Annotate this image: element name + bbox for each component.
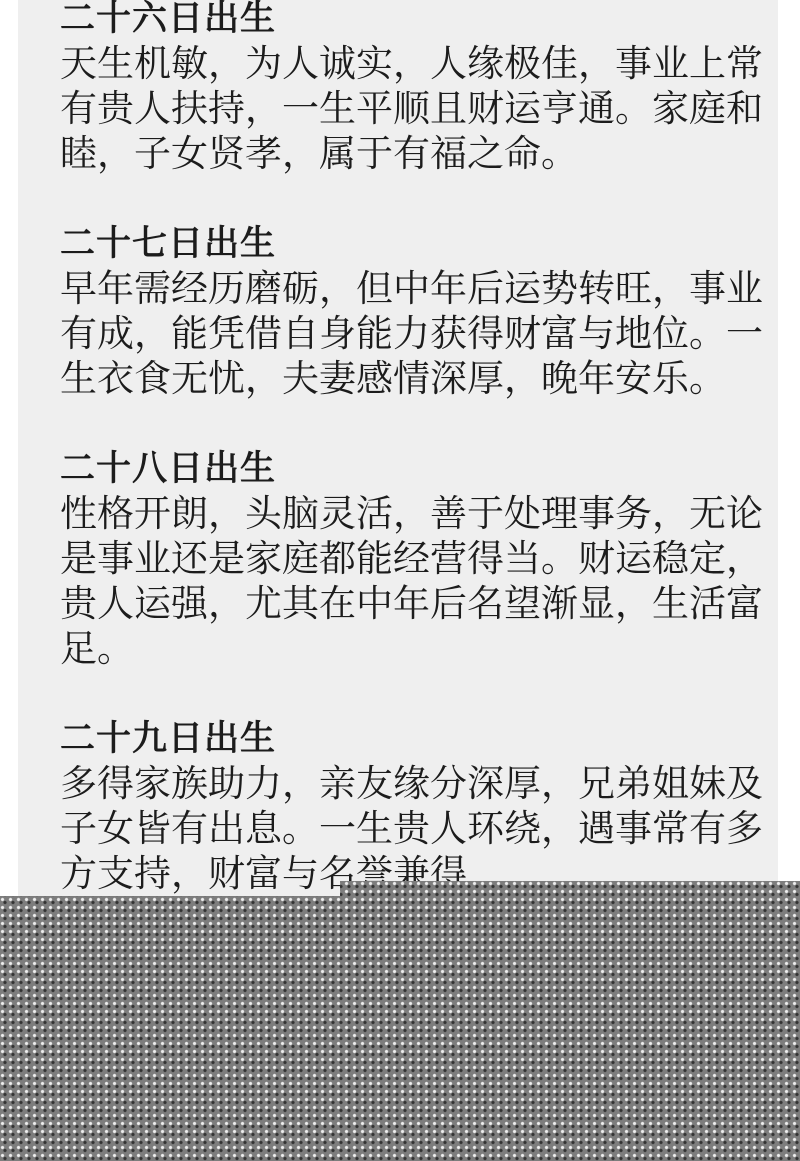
section-body: 天生机敏，为人诚实，人缘极佳，事业上常有贵人扶持，一生平顺且财运亨通。家庭和睦，… — [60, 41, 778, 176]
pixelated-censor-overlay — [0, 881, 800, 1161]
page: { "colors": { "page_background": "#fffff… — [0, 0, 800, 1161]
section-title: 二十七日出生 — [60, 221, 778, 266]
section-body: 多得家族助力，亲友缘分深厚，兄弟姐妹及子女皆有出息。一生贵人环绕，遇事常有多方支… — [60, 761, 778, 896]
section-day-28: 二十八日出生 性格开朗，头脑灵活，善于处理事务，无论是事业还是家庭都能经营得当。… — [60, 446, 778, 671]
section-title: 二十八日出生 — [60, 446, 778, 491]
section-title: 二十六日出生 — [60, 0, 778, 41]
article-content: 二十六日出生 天生机敏，为人诚实，人缘极佳，事业上常有贵人扶持，一生平顺且财运亨… — [18, 0, 778, 896]
section-day-29: 二十九日出生 多得家族助力，亲友缘分深厚，兄弟姐妹及子女皆有出息。一生贵人环绕，… — [60, 716, 778, 896]
section-day-27: 二十七日出生 早年需经历磨砺，但中年后运势转旺，事业有成，能凭借自身能力获得财富… — [60, 221, 778, 401]
section-title: 二十九日出生 — [60, 716, 778, 761]
section-day-26: 二十六日出生 天生机敏，为人诚实，人缘极佳，事业上常有贵人扶持，一生平顺且财运亨… — [60, 0, 778, 176]
section-body: 性格开朗，头脑灵活，善于处理事务，无论是事业还是家庭都能经营得当。财运稳定，贵人… — [60, 491, 778, 671]
section-body: 早年需经历磨砺，但中年后运势转旺，事业有成，能凭借自身能力获得财富与地位。一生衣… — [60, 266, 778, 401]
